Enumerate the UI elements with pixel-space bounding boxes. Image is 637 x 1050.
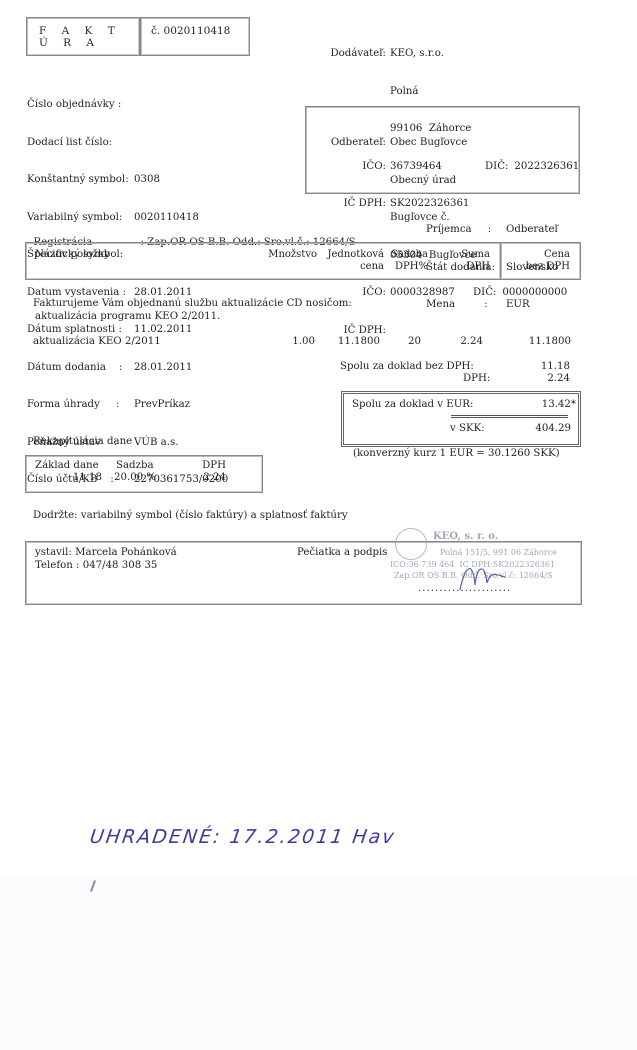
order-info-row: Variabilný symbol:0020110418 xyxy=(27,212,228,225)
supplier-street: Polná xyxy=(390,86,418,99)
row-qty: 1.00 xyxy=(270,336,315,349)
supplier-name: KEO, s.r.o. xyxy=(390,48,444,61)
th-qty: Množstvo xyxy=(250,249,317,261)
payment-notice: Dodržte: variabilný symbol (číslo faktúr… xyxy=(33,510,348,523)
total-net-value: 11.18 xyxy=(520,361,570,374)
issued-by: ystavil: Marcela Pohánková xyxy=(35,547,177,560)
row-unit-price: 11.1800 xyxy=(330,336,380,349)
recap-title: Rekapitulácia dane xyxy=(33,436,132,449)
total-divider xyxy=(451,415,568,418)
invoice-number-box: č. 0020110418 xyxy=(140,17,250,56)
invoice-number: č. 0020110418 xyxy=(151,25,230,37)
scan-background xyxy=(0,878,637,1050)
recap-header-base: Základ dane xyxy=(35,460,99,473)
conversion-rate: (konverzný kurz 1 EUR = 30.1260 SKK) xyxy=(353,448,560,461)
order-info-row: Forma úhrady :PrevPríkaz xyxy=(27,399,228,412)
signature-icon xyxy=(455,555,515,595)
row-vat-sum: 2.24 xyxy=(440,336,483,349)
order-info-row: Dodací list číslo: xyxy=(27,137,228,150)
phone: Telefon : 047/48 308 35 xyxy=(35,560,157,573)
total-skk-label: v SKK: xyxy=(450,423,485,436)
row-rate: 20 xyxy=(408,336,421,349)
handwritten-paid-note: UHRADENÉ: 17.2.2011 Hav xyxy=(88,826,397,848)
invoice-title-box: F A K T Ú R A xyxy=(26,17,140,56)
total-vat-label: DPH: xyxy=(463,373,490,386)
stamp-logo-icon xyxy=(395,528,427,560)
customer-line2: Obecný úrad xyxy=(390,175,456,188)
intro-line-2: aktualizácia programu KEO 2/2011. xyxy=(35,311,220,324)
total-eur-label: Spolu za doklad v EUR: xyxy=(352,399,473,412)
row-name: aktualizácia KEO 2/2011 xyxy=(33,336,161,349)
row-price-net: 11.1800 xyxy=(510,336,571,349)
total-vat-value: 2.24 xyxy=(520,373,570,386)
order-info-row: Číslo objednávky : xyxy=(27,99,228,112)
recap-header-vat: DPH xyxy=(180,460,226,473)
order-info-row: Dátum splatnosti :11.02.2011 xyxy=(27,324,228,337)
th-unit-price: Jednotková cena xyxy=(316,249,384,273)
order-info-row: Konštantný symbol:0308 xyxy=(27,174,228,187)
recap-value-vat: 2.24 xyxy=(180,472,226,485)
th-vat-sum: Suma DPH xyxy=(440,249,490,273)
customer-name: Obec Bugľovce xyxy=(390,137,467,150)
total-eur-value: 13.42* xyxy=(510,399,576,412)
recap-header-rate: Sadzba xyxy=(116,460,154,473)
th-rate: Sadzba DPH% xyxy=(386,249,428,273)
recap-value-rate: 20.00 % xyxy=(114,472,156,485)
invoice-title: F A K T Ú R A xyxy=(39,25,139,49)
stamp-company: KEO, s. r. o. xyxy=(433,532,498,542)
total-net-label: Spolu za doklad bez DPH: xyxy=(340,361,474,374)
th-price-net: Cena bez DPH xyxy=(510,249,570,273)
th-name: Názov položky xyxy=(35,249,110,262)
total-skk-value: 404.29 xyxy=(510,423,571,436)
stamp-signature-label: Pečiatka a podpis xyxy=(297,547,388,560)
intro-line-1: Fakturujeme Vám objednanú službu aktuali… xyxy=(33,298,352,311)
recap-value-base: 11.18 xyxy=(40,472,102,485)
order-info-row: Dátum dodania :28.01.2011 xyxy=(27,362,228,375)
